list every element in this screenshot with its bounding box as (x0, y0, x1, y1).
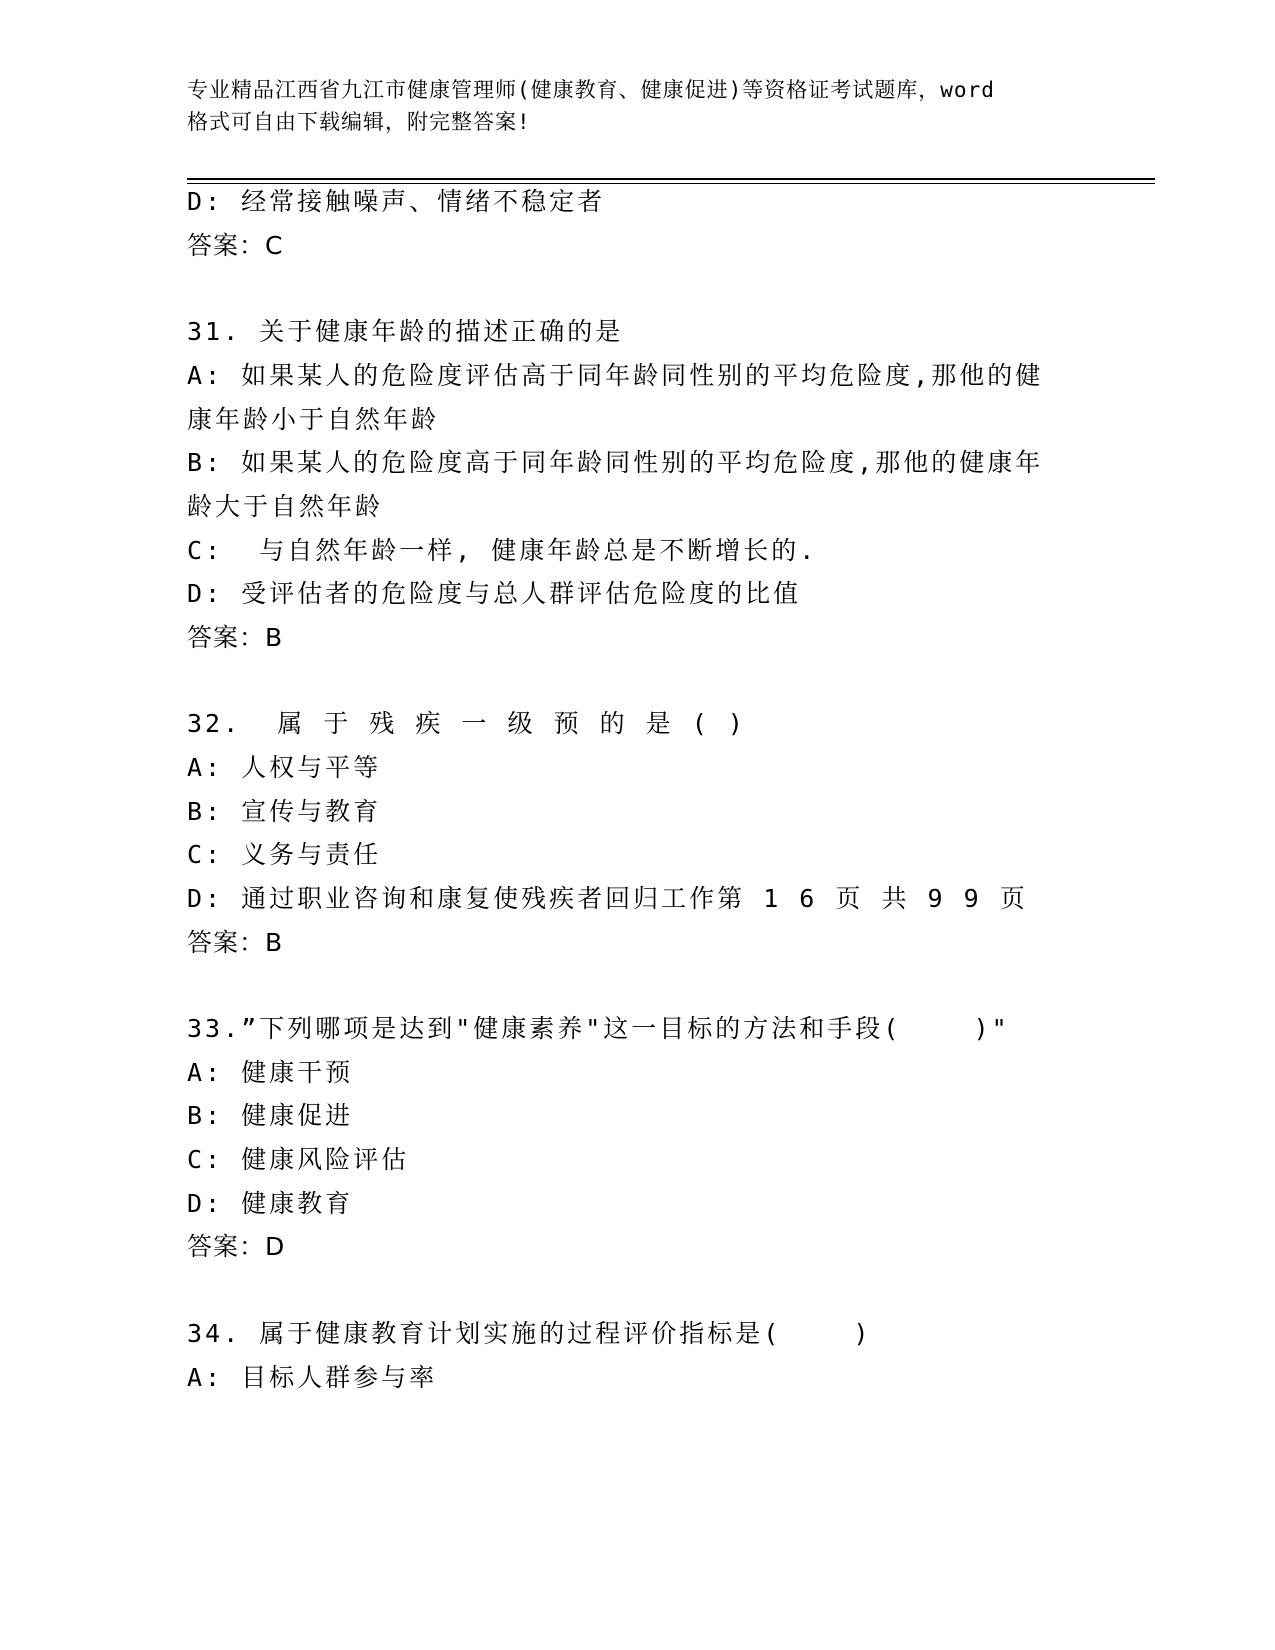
prev-answer: 答案：C (187, 230, 283, 262)
document-header: 专业精品江西省九江市健康管理师(健康教育、健康促进)等资格证考试题库，word … (187, 74, 1087, 138)
q33-option-b: B: 健康促进 (187, 1100, 353, 1132)
q31-stem: 31. 关于健康年龄的描述正确的是 (187, 316, 623, 348)
q33-option-d: D: 健康教育 (187, 1188, 353, 1220)
header-line-2: 格式可自由下载编辑，附完整答案! (187, 106, 1087, 138)
q32-answer: 答案：B (187, 927, 283, 959)
q31-option-a-cont: 康年龄小于自然年龄 (187, 404, 439, 436)
q32-option-d: D: 通过职业咨询和康复使残疾者回归工作第 1 6 页 共 9 9 页 (187, 883, 1028, 915)
q32-stem: 32. 属 于 残 疾 一 级 预 的 是 ( ) (187, 708, 746, 740)
header-line-1: 专业精品江西省九江市健康管理师(健康教育、健康促进)等资格证考试题库，word (187, 74, 1087, 106)
q33-stem: 33.”下列哪项是达到"健康素养"这一目标的方法和手段( )" (187, 1013, 1010, 1045)
q33-option-a: A: 健康干预 (187, 1057, 353, 1089)
q33-option-c: C: 健康风险评估 (187, 1144, 409, 1176)
header-divider-thick (187, 178, 1155, 180)
q32-option-c: C: 义务与责任 (187, 839, 381, 871)
q34-option-a: A: 目标人群参与率 (187, 1362, 437, 1394)
q31-option-b-cont: 龄大于自然年龄 (187, 491, 383, 523)
q31-option-c: C: 与自然年龄一样, 健康年龄总是不断增长的. (187, 535, 817, 567)
q32-option-b: B: 宣传与教育 (187, 796, 381, 828)
prev-option-d: D: 经常接触噪声、情绪不稳定者 (187, 186, 605, 218)
q31-option-d: D: 受评估者的危险度与总人群评估危险度的比值 (187, 578, 801, 610)
q34-stem: 34. 属于健康教育计划实施的过程评价指标是( ) (187, 1318, 872, 1350)
q33-answer: 答案：D (187, 1231, 285, 1263)
q31-option-b: B: 如果某人的危险度高于同年龄同性别的平均危险度,那他的健康年 (187, 447, 1043, 479)
header-divider-thin (187, 183, 1155, 184)
q31-option-a: A: 如果某人的危险度评估高于同年龄同性别的平均危险度,那他的健 (187, 360, 1043, 392)
q32-option-a: A: 人权与平等 (187, 752, 381, 784)
q31-answer: 答案：B (187, 622, 283, 654)
